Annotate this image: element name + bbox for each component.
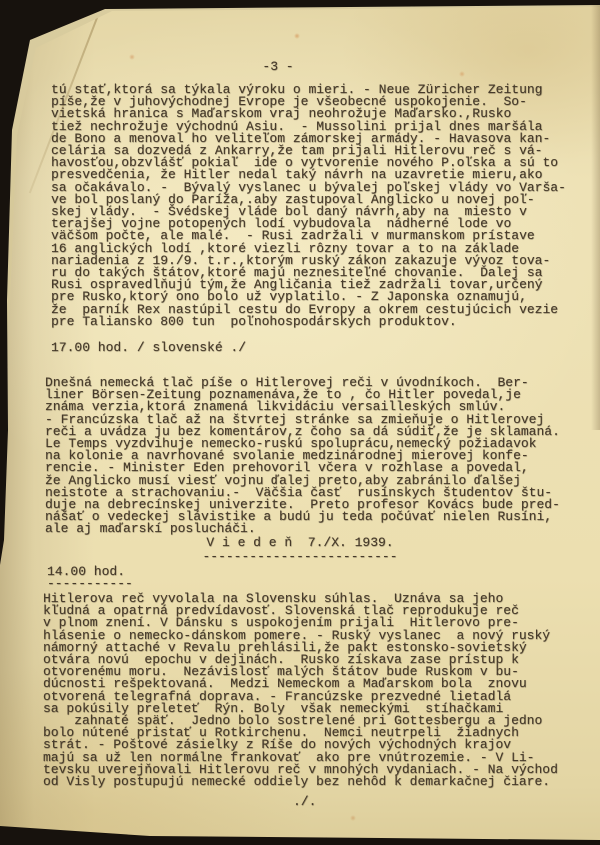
time-entry-1700: 17.00 hod. / slovenské ./ xyxy=(51,342,246,354)
dateline-underline: ------------------------- xyxy=(202,549,397,564)
page-number: -3 - xyxy=(0,61,556,73)
paragraph-2: Dnešná nemecká tlač píše o Hitlerovej re… xyxy=(45,377,560,536)
page-right-edge-shadow xyxy=(591,0,600,430)
end-mark: ./. xyxy=(293,796,316,808)
time-1400-underline: ----------- xyxy=(47,576,133,591)
paragraph-1: tú stať,ktorá sa týkala výroku o mieri. … xyxy=(51,84,566,328)
time-entry-1400: 14.00 hod. ----------- xyxy=(47,566,133,589)
paragraph-3: Hitlerova reč vyvolala na Slovensku súhl… xyxy=(43,593,558,788)
dateline-text: V i e d e ň 7./X. 1939. xyxy=(206,535,393,550)
dateline-heading: V i e d e ň 7./X. 1939. ----------------… xyxy=(0,536,600,564)
document-page: -3 - tú stať,ktorá sa týkala výroku o mi… xyxy=(0,0,600,845)
